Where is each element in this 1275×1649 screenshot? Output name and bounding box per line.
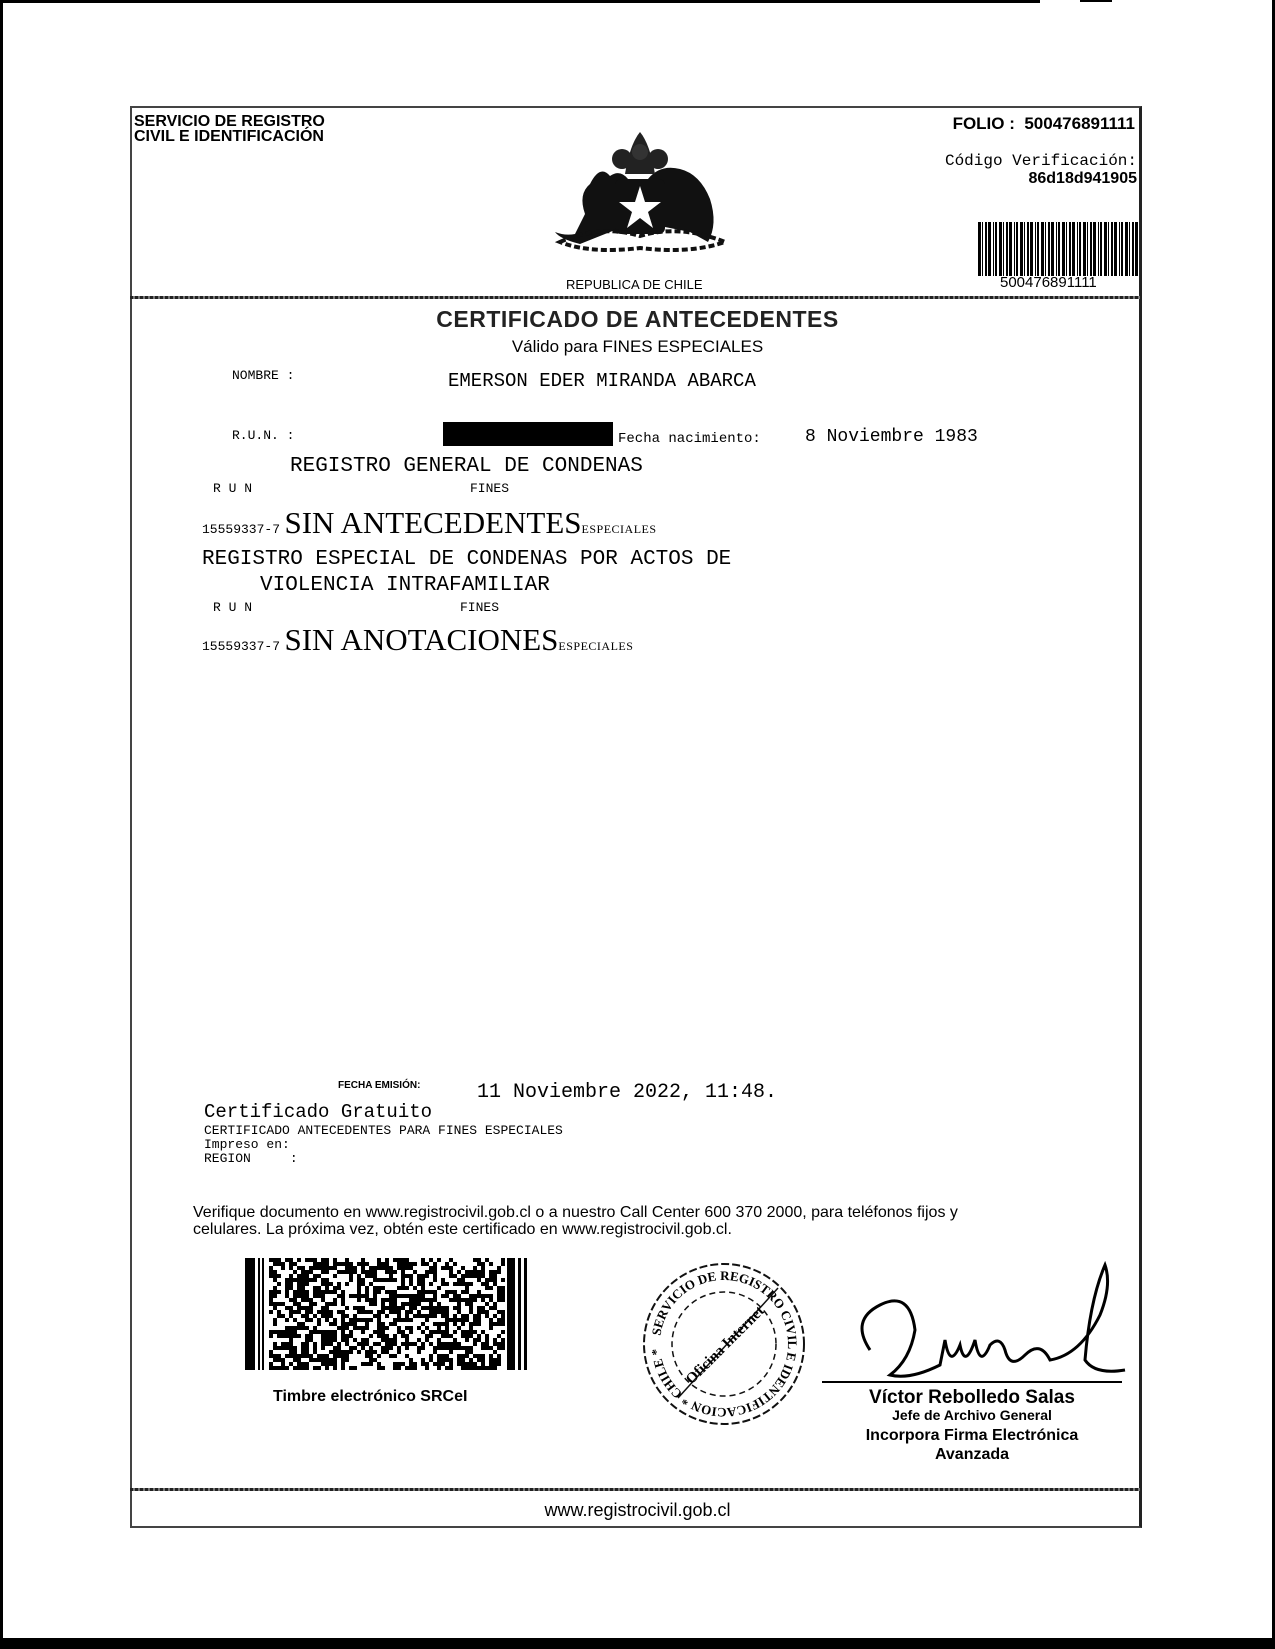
verify-text: Verifique documento en www.registrocivil… xyxy=(193,1204,958,1238)
page-edge xyxy=(0,1638,1275,1649)
verify-line-1: Verifique documento en www.registrocivil… xyxy=(193,1204,958,1221)
agency-line-1: SERVICIO DE REGISTRO xyxy=(134,114,325,129)
fines-header: FINES xyxy=(470,481,509,496)
barcode-icon xyxy=(978,222,1140,276)
signature-line xyxy=(822,1381,1122,1383)
official-seal-icon: SERVICIO DE REGISTRO CIVIL E IDENTIFICAC… xyxy=(638,1258,810,1430)
barcode-number: 500476891111 xyxy=(1000,274,1097,291)
issue-date-value: 11 Noviembre 2022, 11:48. xyxy=(477,1081,777,1104)
certificate-type: CERTIFICADO ANTECEDENTES PARA FINES ESPE… xyxy=(204,1123,563,1138)
run-header: R U N xyxy=(213,600,252,615)
folio: FOLIO : 500476891111 xyxy=(953,114,1135,134)
page-edge xyxy=(1080,0,1112,2)
page-edge xyxy=(0,0,3,1649)
registro-general-row: 15559337-7 SIN ANTECEDENTESESPECIALES xyxy=(202,505,657,541)
header-divider xyxy=(130,296,1142,299)
registro-general-title: REGISTRO GENERAL DE CONDENAS xyxy=(290,455,643,478)
registro-especial-title-2: VIOLENCIA INTRAFAMILIAR xyxy=(260,574,550,597)
fines-value: ESPECIALES xyxy=(558,639,633,653)
svg-text:Oficina Internet: Oficina Internet xyxy=(683,1303,768,1388)
agency-line-2: CIVIL E IDENTIFICACIÓN xyxy=(134,129,325,144)
folio-label: FOLIO : xyxy=(953,114,1015,133)
certificate-subtitle: Válido para FINES ESPECIALES xyxy=(0,337,1275,357)
fines-header: FINES xyxy=(460,600,499,615)
e-signature-note-2: Avanzada xyxy=(822,1446,1122,1464)
chile-coat-of-arms-icon xyxy=(540,124,740,264)
page-edge xyxy=(0,0,1040,3)
nombre-label: NOMBRE : xyxy=(232,368,294,383)
registro-general-result: SIN ANTECEDENTES xyxy=(284,505,581,540)
agency-name: SERVICIO DE REGISTRO CIVIL E IDENTIFICAC… xyxy=(134,114,325,144)
folio-value: 500476891111 xyxy=(1024,114,1135,133)
fines-value: ESPECIALES xyxy=(582,522,657,536)
timbre-caption: Timbre electrónico SRCeI xyxy=(273,1388,467,1406)
birth-date-label: Fecha nacimiento: xyxy=(618,431,761,447)
verification-code-label: Código Verificación: xyxy=(945,152,1137,170)
signature-icon xyxy=(850,1260,1130,1390)
registro-especial-title-1: REGISTRO ESPECIAL DE CONDENAS POR ACTOS … xyxy=(202,548,731,571)
signer-name: Víctor Rebolledo Salas xyxy=(822,1387,1122,1409)
run-value: 15559337-7 xyxy=(202,522,280,537)
printed-in-label: Impreso en: xyxy=(204,1137,290,1152)
verification-code-value: 86d18d941905 xyxy=(1028,170,1137,188)
electronic-stamp-barcode-icon xyxy=(245,1258,528,1370)
region-label: REGION : xyxy=(204,1151,298,1166)
registro-especial-row: 15559337-7 SIN ANOTACIONESESPECIALES xyxy=(202,622,633,658)
run-value: 15559337-7 xyxy=(202,639,280,654)
run-header: R U N xyxy=(213,481,252,496)
signer-title: Jefe de Archivo General xyxy=(822,1407,1122,1423)
gratuito-text: Certificado Gratuito xyxy=(204,1101,432,1123)
run-redacted xyxy=(443,422,613,446)
verify-line-2: celulares. La próxima vez, obtén este ce… xyxy=(193,1221,958,1238)
registro-especial-result: SIN ANOTACIONES xyxy=(284,622,558,657)
nombre-value: EMERSON EDER MIRANDA ABARCA xyxy=(448,370,756,392)
certificate-title: CERTIFICADO DE ANTECEDENTES xyxy=(0,306,1275,333)
e-signature-note-1: Incorpora Firma Electrónica xyxy=(822,1427,1122,1445)
footer-divider xyxy=(130,1488,1142,1491)
run-label: R.U.N. : xyxy=(232,428,294,443)
birth-date-value: 8 Noviembre 1983 xyxy=(805,427,978,447)
issue-date-label: FECHA EMISIÓN: xyxy=(338,1080,420,1091)
footer-url[interactable]: www.registrocivil.gob.cl xyxy=(0,1500,1275,1521)
crest-caption: REPUBLICA DE CHILE xyxy=(566,277,703,292)
